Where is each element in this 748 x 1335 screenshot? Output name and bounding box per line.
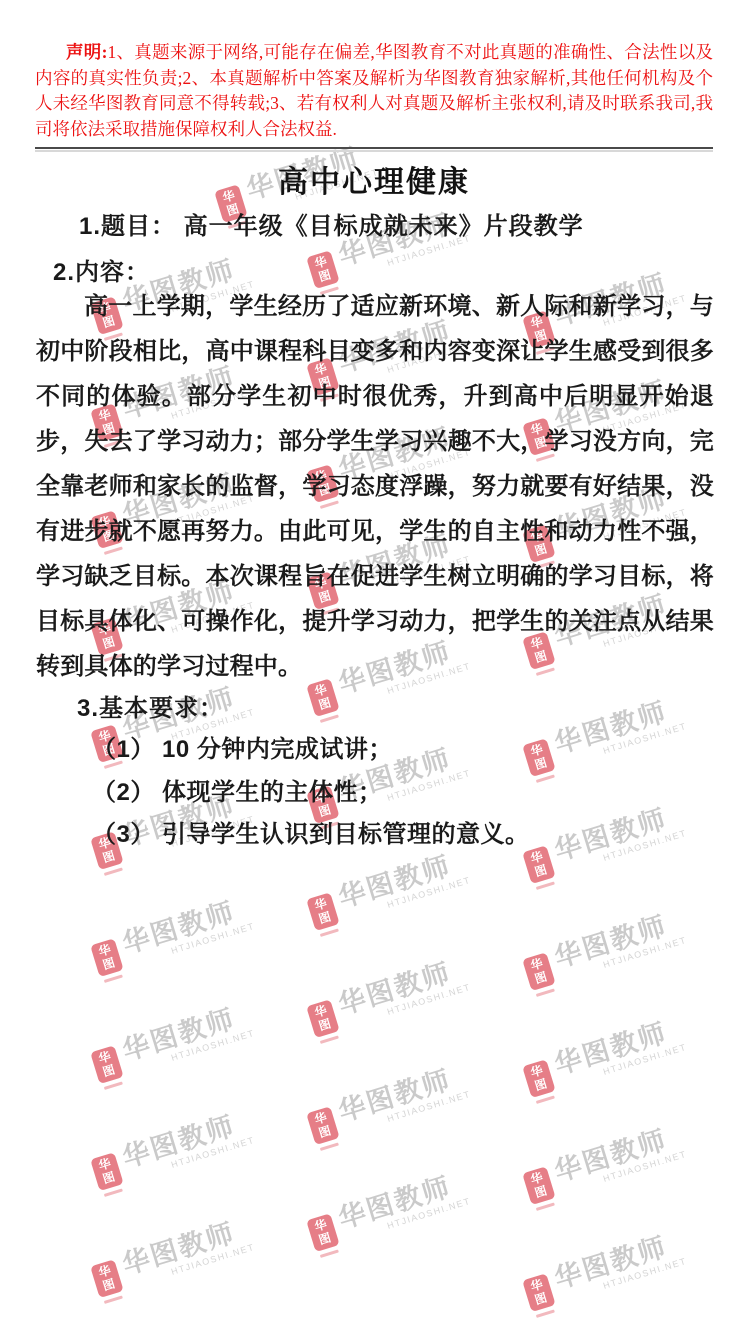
content-label: 2.内容： (53, 252, 150, 287)
requirement-item: （3） 引导学生认识到目标管理的意义。 (92, 814, 530, 857)
requirements-list: （1） 10 分钟内完成试讲； （2） 体现学生的主体性； （3） 引导学生认识… (92, 729, 530, 857)
disclaimer-label: 声明: (66, 42, 107, 62)
disclaimer-body: 1、真题来源于网络,可能存在偏差,华图教育不对此真题的准确性、合法性以及内容的真… (35, 42, 713, 139)
document-page: 华 图 华图教师 HTJIAOSHI.NET 华 图 华图教师 HTJIAOSH… (0, 0, 748, 1335)
requirement-item: （2） 体现学生的主体性； (92, 772, 530, 815)
page-title: 高中心理健康 (0, 157, 748, 201)
disclaimer-text: 声明:1、真题来源于网络,可能存在偏差,华图教育不对此真题的准确性、合法性以及内… (35, 40, 713, 142)
requirements-label: 3.基本要求： (77, 688, 224, 723)
requirement-item: （1） 10 分钟内完成试讲； (92, 729, 530, 772)
section-divider (35, 147, 713, 150)
content-paragraph: 高一上学期，学生经历了适应新环境、新人际和新学习，与初中阶段相比，高中课程科目变… (36, 284, 714, 689)
document-content: 声明:1、真题来源于网络,可能存在偏差,华图教育不对此真题的准确性、合法性以及内… (0, 0, 748, 1335)
topic-line: 1.题目： 高一年级《目标成就未来》片段教学 (79, 206, 584, 241)
